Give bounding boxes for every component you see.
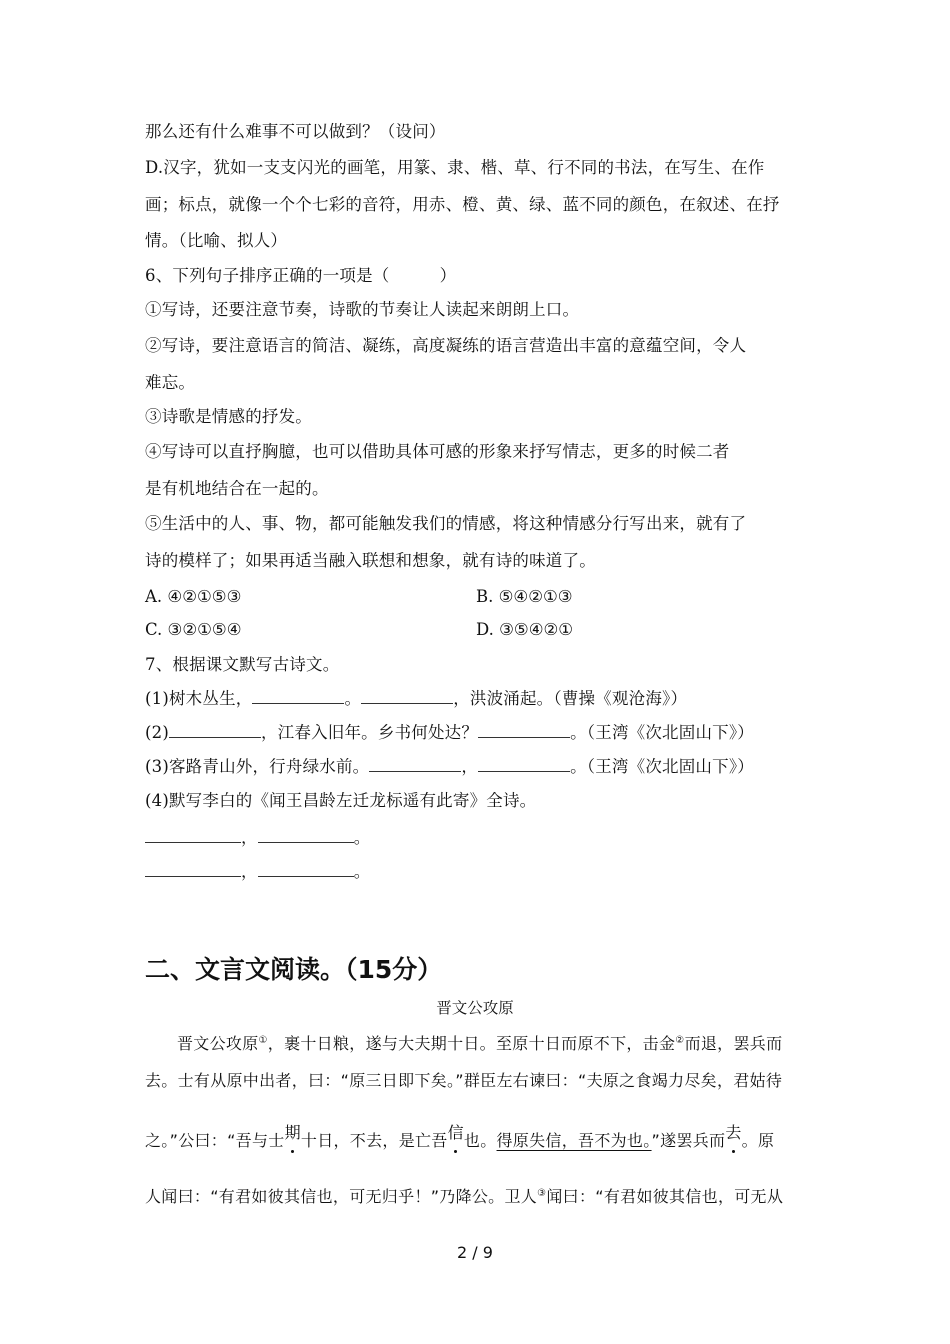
text: 十日，不去，是亡吾 [301,1131,448,1150]
text: ， [461,757,478,776]
answer-blank[interactable] [361,689,453,704]
text: (2) [145,723,169,742]
text: 。 [354,862,371,881]
passage-line: 之。”公曰：“吾与士期十日，不去，是亡吾信也。得原失信，吾不为也。”遂罢兵而去。… [145,1131,774,1151]
text: (1)树木丛生， [145,689,252,708]
footnote-marker: ① [259,1035,268,1046]
text: 。（王湾《次北固山下》） [570,757,754,776]
answer-blank[interactable] [478,757,570,772]
text: 。（王湾《次北固山下》） [570,723,754,742]
q6-sentence-5: ⑤生活中的人、事、物，都可能触发我们的情感，将这种情感分行写出来，就有了 [145,514,746,534]
emphasized-char: 期 [285,1123,301,1143]
q6-option-d: D. ③⑤④②① [476,620,573,640]
text: (3)客路青山外，行舟绿水前。 [145,757,369,776]
q7-stem: 7、根据课文默写古诗文。 [145,655,339,675]
q6-option-c: C. ③②①⑤④ [145,620,242,640]
answer-blank[interactable] [258,862,354,877]
text: 闻曰：“有君如彼其信也，可无从 [546,1187,783,1206]
q6-sentence-4: ④写诗可以直抒胸臆，也可以借助具体可感的形象来抒写情志，更多的时候二者 [145,442,730,462]
text: ， [241,828,258,847]
answer-blank[interactable] [478,723,570,738]
answer-blank[interactable] [252,689,344,704]
text: 。 [354,828,371,847]
q6-sentence-5-cont: 诗的模样了；如果再适当融入联想和想象，就有诗的味道了。 [145,551,596,571]
q6-sentence-1: ①写诗，还要注意节奏，诗歌的节奏让人读起来朗朗上口。 [145,300,579,320]
q5-text-line: 那么还有什么难事不可以做到？（设问） [145,122,446,142]
option-value: ③⑤④②① [499,620,573,639]
passage-line: 去。士有从原中出者，曰：“原三日即下矣。”群臣左右谏曰：“夫原之食竭力尽矣，君姑… [145,1071,782,1091]
text: ”遂罢兵而 [652,1131,726,1150]
text: 也。 [464,1131,497,1150]
text: ， [241,862,258,881]
option-label: A. [145,587,162,606]
passage-line: 人闻曰：“有君如彼其信也，可无归乎！”乃降公。卫人③闻曰：“有君如彼其信也，可无… [145,1184,783,1207]
text: 之。”公曰：“吾与士 [145,1131,285,1150]
text: ，裹十日粮，遂与大夫期十日。至原十日而原不下，击金 [268,1034,676,1053]
option-value: ③②①⑤④ [168,620,242,639]
q5-option-d-line: 情。（比喻、拟人） [145,231,287,251]
emphasized-char: 去 [725,1123,741,1143]
option-value: ⑤④②①③ [499,587,573,606]
text: ，洪波涌起。（曹操《观沧海》） [453,689,687,708]
answer-blank[interactable] [369,757,461,772]
q5-option-d-line: D.汉字，犹如一支支闪光的画笔，用篆、隶、楷、草、行不同的书法，在写生、在作 [145,158,765,178]
option-label: C. [145,620,162,639]
q6-option-b: B. ⑤④②①③ [476,587,573,607]
answer-blank[interactable] [145,862,241,877]
footnote-marker: ③ [537,1188,546,1199]
text: 。 [344,689,361,708]
q6-stem: 6、下列句子排序正确的一项是（ ） [145,266,456,286]
page-number: 2 / 9 [0,1243,950,1262]
text: 晋文公攻原 [177,1034,259,1053]
passage-title: 晋文公攻原 [0,996,950,1018]
q7-poem-line: ，。 [145,862,370,882]
q6-sentence-2: ②写诗，要注意语言的简洁、凝练，高度凝练的语言营造出丰富的意蕴空间，令人 [145,336,746,356]
option-value: ④②①⑤③ [167,587,241,606]
q7-poem-line: ，。 [145,828,370,848]
option-label: B. [476,587,493,606]
text: 。原 [742,1131,775,1150]
q7-item-4: (4)默写李白的《闻王昌龄左迁龙标遥有此寄》全诗。 [145,791,536,811]
q7-item-3: (3)客路青山外，行舟绿水前。，。（王湾《次北固山下》） [145,757,754,777]
option-label: D. [476,620,494,639]
section-heading: 二、文言文阅读。（15分） [145,955,442,985]
q7-item-2: (2)，江春入旧年。乡书何处达？。（王湾《次北固山下》） [145,723,754,743]
answer-blank[interactable] [169,723,261,738]
emphasized-char: 信 [448,1123,464,1143]
q5-option-d-line: 画；标点，就像一个个七彩的音符，用赤、橙、黄、绿、蓝不同的颜色，在叙述、在抒 [145,195,780,215]
text: ，江春入旧年。乡书何处达？ [261,723,478,742]
text: 人闻曰：“有君如彼其信也，可无归乎！”乃降公。卫人 [145,1187,537,1206]
q6-sentence-2-cont: 难忘。 [145,373,195,393]
q6-sentence-4-cont: 是有机地结合在一起的。 [145,479,329,499]
q6-sentence-3: ③诗歌是情感的抒发。 [145,407,312,427]
document-page: 那么还有什么难事不可以做到？（设问） D.汉字，犹如一支支闪光的画笔，用篆、隶、… [0,0,950,1344]
answer-blank[interactable] [258,828,354,843]
underlined-sentence: 得原失信，吾不为也。 [497,1131,652,1150]
answer-blank[interactable] [145,828,241,843]
footnote-marker: ② [675,1035,684,1046]
q6-option-a: A. ④②①⑤③ [145,587,241,607]
passage-line: 晋文公攻原①，裹十日粮，遂与大夫期十日。至原十日而原不下，击金②而退，罢兵而 [177,1031,782,1054]
text: 而退，罢兵而 [685,1034,783,1053]
q7-item-1: (1)树木丛生，。，洪波涌起。（曹操《观沧海》） [145,689,687,709]
